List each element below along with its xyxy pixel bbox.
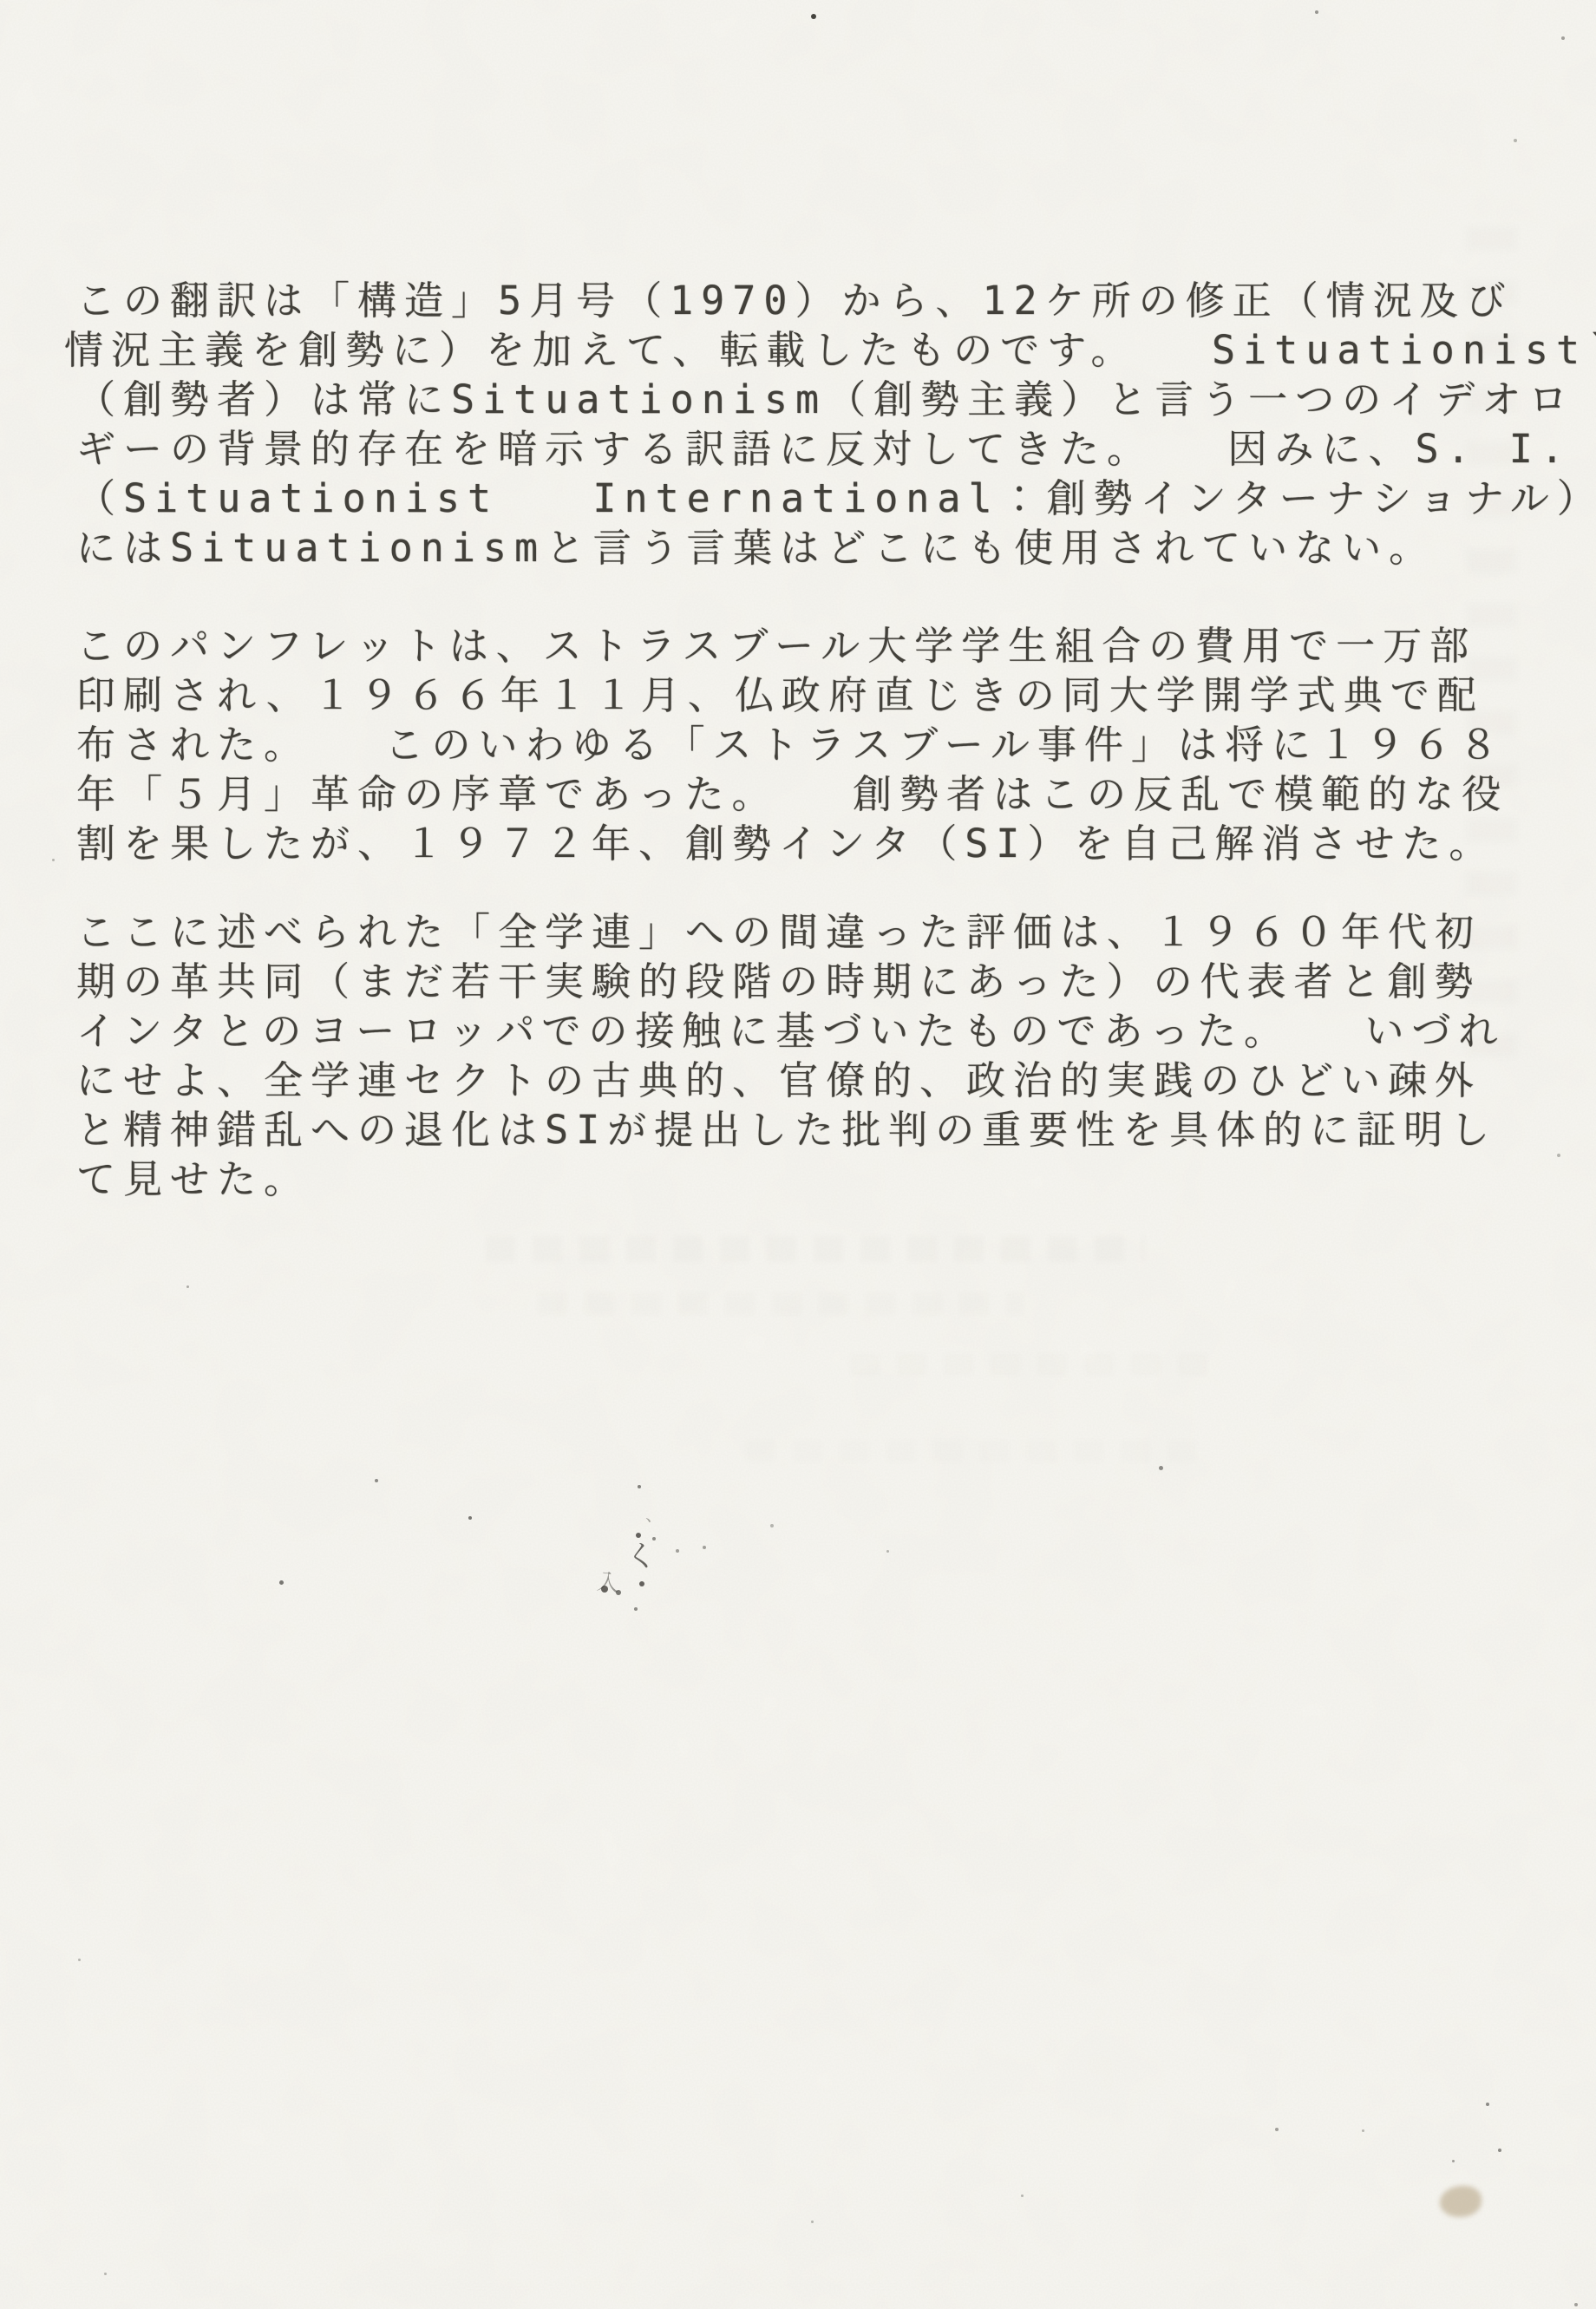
text-line: ここに述べられた「全学連」への間違った評価は、１９６０年代初 xyxy=(76,907,1577,957)
text-line: このパンフレットは、ストラスブール大学学生組合の費用で一万部 xyxy=(76,621,1577,670)
text-line: ギーの背景的存在を暗示する訳語に反対してきた。 因みに、S. I. xyxy=(76,424,1577,474)
paragraph-1: この翻訳は「構造」5月号（1970）から、12ケ所の修正（情況及び 情況主義を創… xyxy=(76,276,1577,572)
text-line: と精神錯乱への退化はSIが提出した批判の重要性を具体的に証明し xyxy=(76,1105,1577,1154)
paragraph-3: ここに述べられた「全学連」への間違った評価は、１９６０年代初 期の革共同（まだ若… xyxy=(76,907,1577,1204)
text-line: 印刷され、１９６６年１１月、仏政府直じきの同大学開学式典で配 xyxy=(76,670,1577,720)
text-line: この翻訳は「構造」5月号（1970）から、12ケ所の修正（情況及び xyxy=(76,276,1577,325)
document-text: この翻訳は「構造」5月号（1970）から、12ケ所の修正（情況及び 情況主義を創… xyxy=(0,0,1596,2309)
text-line: （創勢者）は常にSituationism（創勢主義）と言う一つのイデオロ xyxy=(76,375,1577,424)
text-line: にせよ、全学連セクトの古典的、官僚的、政治的実践のひどい疎外 xyxy=(76,1056,1577,1105)
text-line: 割を果したが、１９７２年、創勢インタ（SI）を自己解消させた。 xyxy=(76,819,1577,868)
text-line: （Situationist International：創勢インターナショナル）… xyxy=(76,474,1577,523)
text-line: にはSituationismと言う言葉はどこにも使用されていない。 xyxy=(76,523,1577,572)
text-line: 年「５月」革命の序章であった。 創勢者はこの反乱で模範的な役 xyxy=(76,769,1577,819)
text-line: 期の革共同（まだ若干実験的段階の時期にあった）の代表者と創勢 xyxy=(76,957,1577,1006)
text-line: インタとのヨーロッパでの接触に基づいたものであった。 いづれ xyxy=(76,1006,1577,1056)
paragraph-2: このパンフレットは、ストラスブール大学学生組合の費用で一万部 印刷され、１９６６… xyxy=(76,621,1577,868)
text-line: 布された。 このいわゆる「ストラスブール事件」は将に１９６８ xyxy=(76,720,1577,769)
text-line: 情況主義を創勢に）を加えて、転載したものです。 Situationist` xyxy=(76,325,1577,375)
scanned-document-page: この翻訳は「構造」5月号（1970）から、12ケ所の修正（情況及び 情況主義を創… xyxy=(0,0,1596,2309)
text-line: て見せた。 xyxy=(76,1154,1577,1204)
